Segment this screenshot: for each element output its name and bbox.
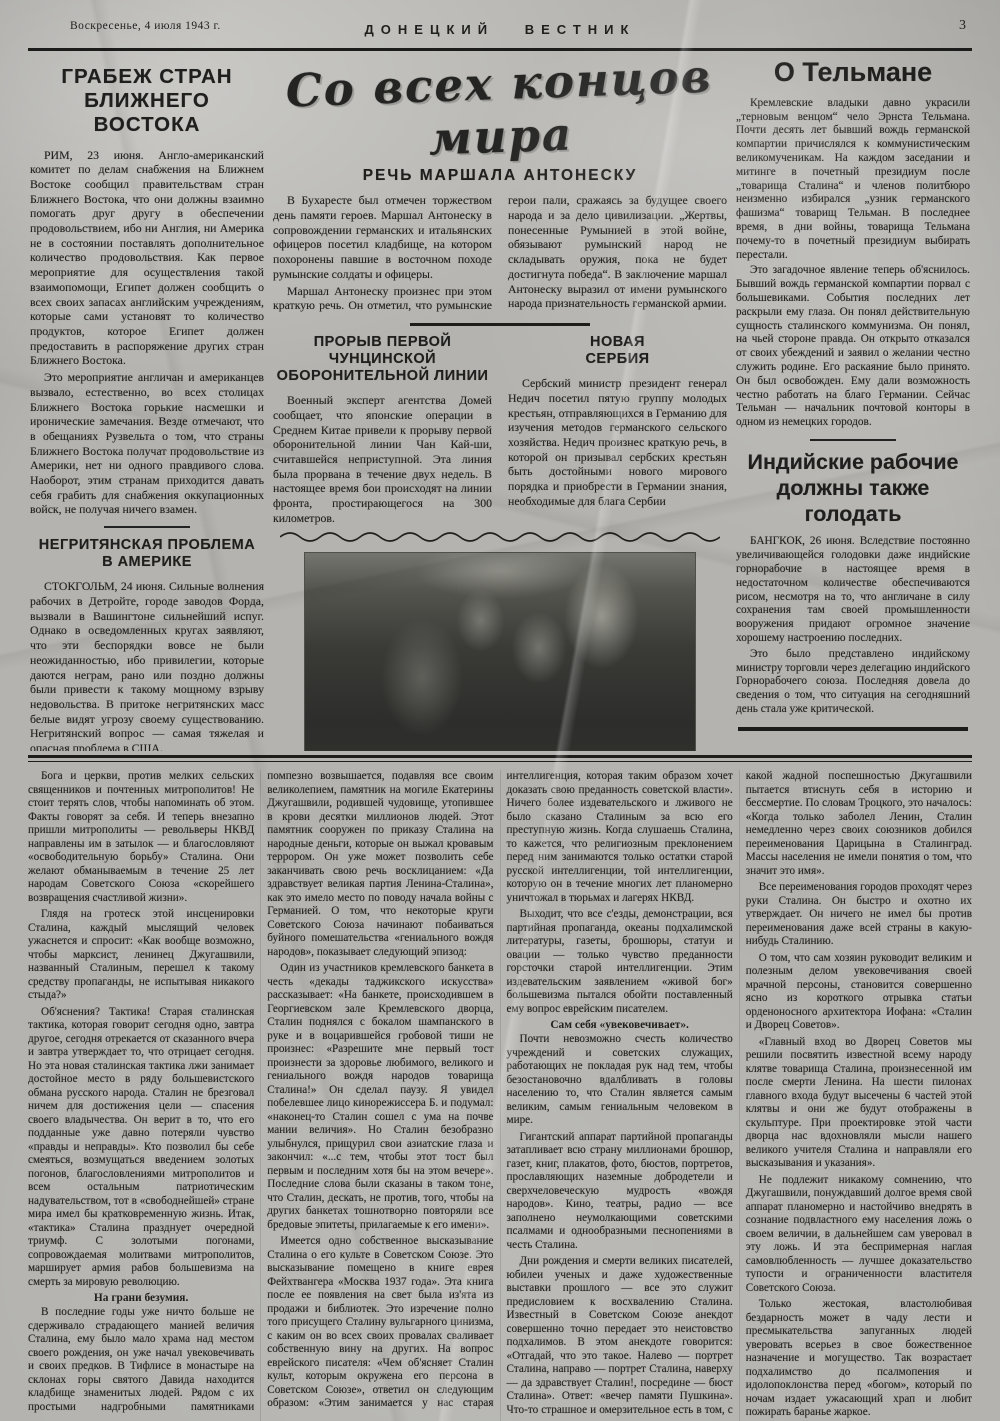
- article-paragraph: Сербский министр президент генерал Недич…: [508, 376, 727, 508]
- article-paragraph: РИМ, 23 июня. Англо-американский комитет…: [30, 148, 264, 369]
- article-paragraph: Об'яснения? Тактика! Старая сталинская т…: [28, 1006, 254, 1290]
- article-paragraph: Выходит, что все с'езды, демонстрации, в…: [507, 908, 733, 1016]
- heavy-rule: [738, 727, 968, 731]
- masthead-title: ДОНЕЦКИЙ ВЕСТНИК: [28, 22, 972, 37]
- center-subcolumns: ПРОРЫВ ПЕРВОЙ ЧУНЦИНСКОЙ ОБОРОНИТЕЛЬНОЙ …: [273, 334, 727, 528]
- article-paragraph: О том, что сам хозяин руководит великим …: [746, 952, 972, 1033]
- divider-rule: [104, 526, 190, 528]
- article-paragraph: В Бухаресте был отмечен торжеством день …: [273, 193, 492, 281]
- headline-line: НОВАЯ: [508, 334, 727, 351]
- article-paragraph: «Главный вход во Дворец Советов мы решил…: [746, 1036, 972, 1171]
- serbia-article: НОВАЯ СЕРБИЯ Сербский министр президент …: [508, 334, 727, 528]
- bottom-article: Бога и церкви, против мелких сельских св…: [28, 770, 972, 1421]
- left-column: ГРАБЕЖ СТРАН БЛИЖНЕГО ВОСТОКА РИМ, 23 ию…: [28, 51, 266, 751]
- article-paragraph: БАНГКОК, 26 июня. Вследствие постоянно у…: [736, 535, 970, 645]
- headline-line: НЕГРИТЯНСКАЯ ПРОБЛЕМА: [30, 537, 264, 554]
- article-paragraph: Все переименования городов проходят чере…: [746, 881, 972, 949]
- article-paragraph: Это мероприятие англичан и американцев в…: [30, 370, 264, 517]
- antonescu-article: В Бухаресте был отмечен торжеством день …: [273, 193, 727, 313]
- katyn-photo: х: [304, 552, 696, 751]
- page-number: 3: [959, 18, 966, 34]
- headline-indian-workers: Индийские рабочие должны также голодать: [736, 450, 970, 527]
- article-paragraph: Это было представлено индийскому министр…: [736, 648, 970, 717]
- article-paragraph: Не подлежит никакому сомнению, что Джуга…: [746, 1174, 972, 1296]
- headline-line: В АМЕРИКЕ: [30, 554, 264, 571]
- headline-chungking: ПРОРЫВ ПЕРВОЙ ЧУНЦИНСКОЙ ОБОРОНИТЕЛЬНОЙ …: [273, 334, 492, 385]
- headline-middle-east: ГРАБЕЖ СТРАН БЛИЖНЕГО ВОСТОКА: [30, 65, 264, 138]
- page-header: Воскресенье, 4 июля 1943 г. ДОНЕЦКИЙ ВЕС…: [28, 8, 972, 51]
- article-paragraph: Бога и церкви, против мелких сельских св…: [28, 770, 254, 905]
- subheadline-immortalize: Сам себя «увековечивает».: [507, 1019, 733, 1031]
- newspaper-page: Воскресенье, 4 июля 1943 г. ДОНЕЦКИЙ ВЕС…: [0, 0, 1000, 1421]
- headline-line: ОБОРОНИТЕЛЬНОЙ ЛИНИИ: [273, 368, 492, 385]
- wavy-divider: [280, 532, 720, 542]
- right-column: О Тельмане Кремлевские владыки давно укр…: [734, 51, 972, 751]
- section-banner-script: Со всех концов мира: [271, 51, 728, 171]
- headline-line: СЕРБИЯ: [508, 351, 727, 368]
- article-paragraph: Гигантский аппарат партийной пропаганды …: [507, 1131, 733, 1253]
- divider-rule: [810, 439, 896, 441]
- headline-line: должны также голодать: [736, 476, 970, 528]
- article-paragraph: Кремлевские владыки давно украсили „терн…: [736, 97, 970, 263]
- article-paragraph: Только жестокая, властолюбивая бездарнос…: [746, 1298, 972, 1420]
- article-paragraph: Это загадочное явление теперь об'яснилос…: [736, 264, 970, 430]
- headline-thalmann: О Тельмане: [736, 57, 970, 89]
- chungking-article: ПРОРЫВ ПЕРВОЙ ЧУНЦИНСКОЙ ОБОРОНИТЕЛЬНОЙ …: [273, 334, 492, 528]
- headline-line: БЛИЖНЕГО ВОСТОКА: [30, 89, 264, 137]
- center-column: Со всех концов мира РЕЧЬ МАРШАЛА АНТОНЕС…: [271, 51, 729, 751]
- top-section: ГРАБЕЖ СТРАН БЛИЖНЕГО ВОСТОКА РИМ, 23 ию…: [28, 51, 972, 751]
- headline-line: ГРАБЕЖ СТРАН: [30, 65, 264, 89]
- article-paragraph: СТОКГОЛЬМ, 24 июня. Сильные волнения раб…: [30, 579, 264, 751]
- article-paragraph: Глядя на гротеск этой инсценировки Стали…: [28, 908, 254, 1003]
- headline-antonescu-speech: РЕЧЬ МАРШАЛА АНТОНЕСКУ: [273, 167, 727, 185]
- article-paragraph: Почти невозможно счесть количество учреж…: [507, 1033, 733, 1128]
- article-paragraph: Один из участников кремлевского банкета …: [267, 962, 493, 1232]
- article-paragraph: Военный эксперт агентства Домей сообщает…: [273, 393, 492, 525]
- divider-rule: [410, 323, 590, 326]
- headline-line: Индийские рабочие: [736, 450, 970, 476]
- headline-new-serbia: НОВАЯ СЕРБИЯ: [508, 334, 727, 368]
- headline-line: ПРОРЫВ ПЕРВОЙ ЧУНЦИНСКОЙ: [273, 334, 492, 368]
- headline-negro-problem: НЕГРИТЯНСКАЯ ПРОБЛЕМА В АМЕРИКЕ: [30, 537, 264, 571]
- section-divider: [28, 755, 972, 762]
- subheadline-madness: На грани безумия.: [28, 1292, 254, 1304]
